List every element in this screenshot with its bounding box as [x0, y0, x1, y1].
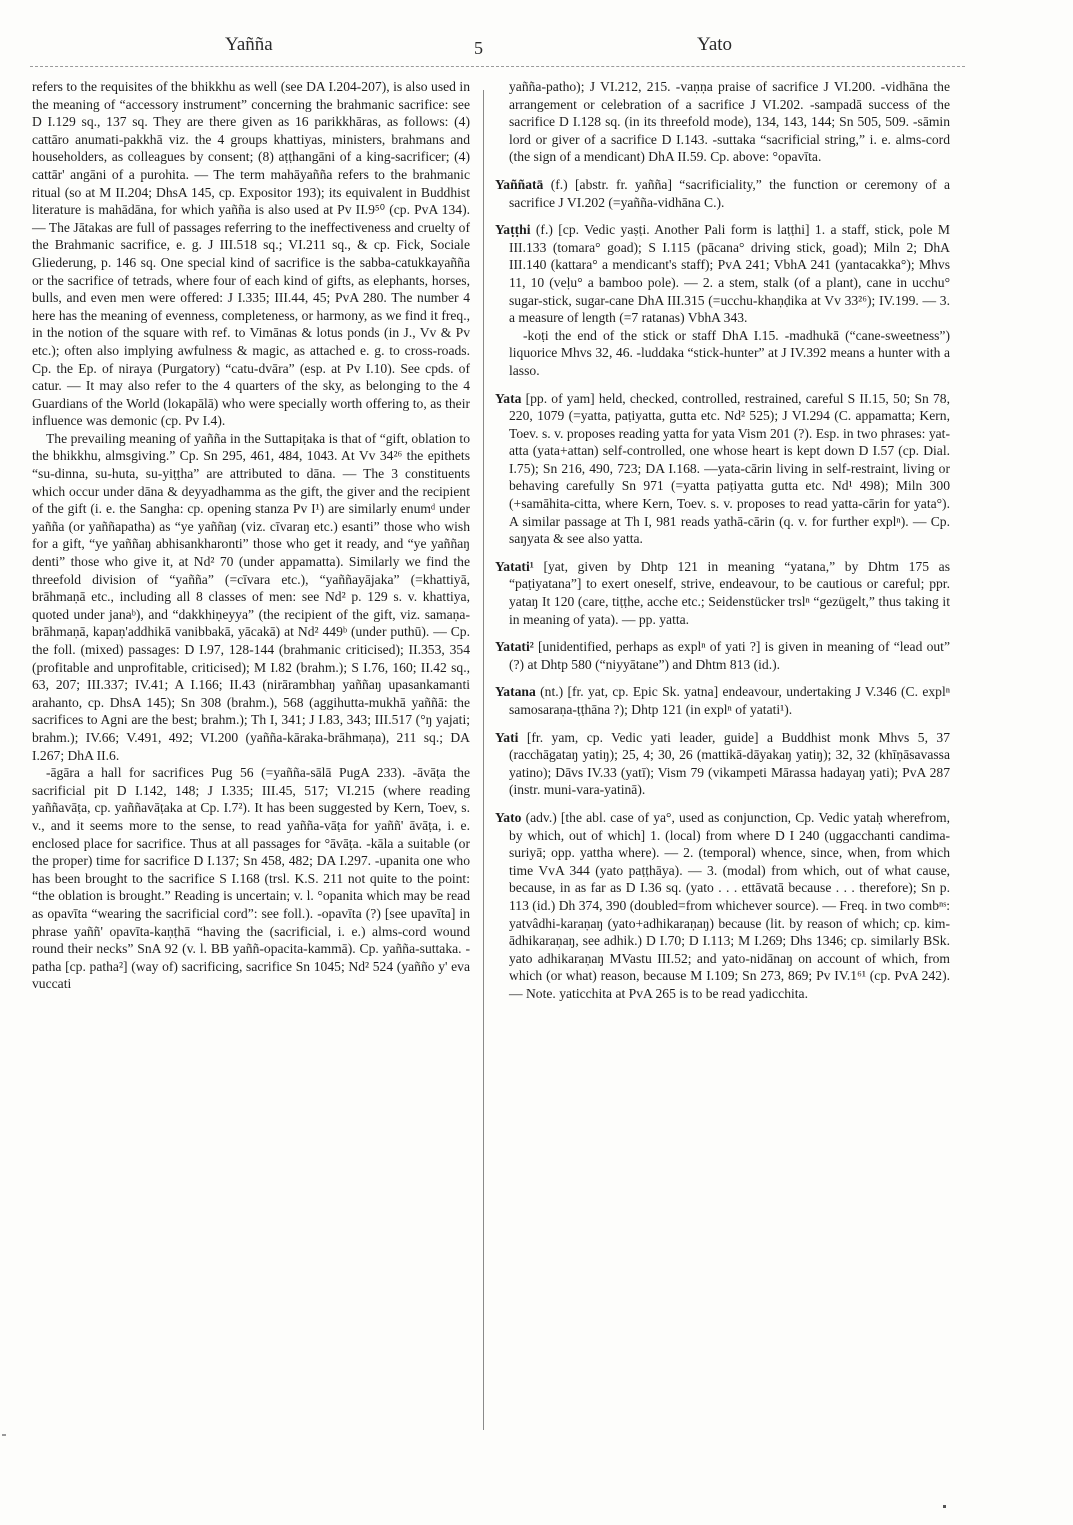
page-header: Yañña 5 Yato — [30, 30, 990, 70]
entry-yatthi-compounds: -koṭi the end of the stick or staff DhA … — [495, 327, 950, 380]
entry-body: [fr. yam, cp. Vedic yati leader, guide] … — [509, 730, 950, 798]
entry-body: (nt.) [fr. yat, cp. Epic Sk. yatna] ende… — [509, 684, 950, 717]
entry-yannata: Yaññatā (f.) [abstr. fr. yañña] “sacrifi… — [495, 176, 950, 211]
entry-yati: Yati [fr. yam, cp. Vedic yati leader, gu… — [495, 729, 950, 799]
headword: Yaññatā — [495, 177, 543, 192]
scan-artifact-mark — [2, 1434, 6, 1436]
entry-yatati-1: Yatati¹ [yat, given by Dhtp 121 in meani… — [495, 558, 950, 628]
entry-body: (f.) [abstr. fr. yañña] “sacrificiality,… — [509, 177, 950, 210]
entry-body: [unidentified, perhaps as explⁿ of yati … — [509, 639, 950, 672]
headword: Yatati¹ — [495, 559, 534, 574]
page-number: 5 — [474, 38, 483, 59]
headword: Yaṭṭhi — [495, 222, 531, 237]
headword: Yatana — [495, 684, 536, 699]
entry-yatthi: Yaṭṭhi (f.) [cp. Vedic yaṣṭi. Another Pa… — [495, 221, 950, 327]
paragraph-yanna-compounds-continued: yañña-patho); J VI.212, 215. -vaṇṇa prai… — [495, 78, 950, 166]
entry-body: (f.) [cp. Vedic yaṣṭi. Another Pali form… — [509, 222, 950, 325]
entry-yato: Yato (adv.) [the abl. case of ya°, used … — [495, 809, 950, 1003]
entry-body: [yat, given by Dhtp 121 in meaning “yata… — [509, 559, 950, 627]
scan-artifact-dot — [943, 1505, 946, 1508]
paragraph-yanna-compounds: -āgāra a hall for sacrifices Pug 56 (=ya… — [32, 764, 470, 993]
headword: Yato — [495, 810, 521, 825]
paragraph-yanna-meaning: The prevailing meaning of yañña in the S… — [32, 430, 470, 764]
headword: Yatati² — [495, 639, 534, 654]
left-running-headword: Yañña — [225, 34, 273, 56]
entry-yata: Yata [pp. of yam] held, checked, control… — [495, 390, 950, 548]
header-rule — [30, 66, 965, 67]
headword: Yati — [495, 730, 518, 745]
entry-yatati-2: Yatati² [unidentified, perhaps as explⁿ … — [495, 638, 950, 673]
entry-body: [pp. of yam] held, checked, controlled, … — [509, 391, 950, 547]
headword: Yata — [495, 391, 521, 406]
left-column: refers to the requisites of the bhikkhu … — [32, 78, 470, 993]
paragraph-yanna-continuation: refers to the requisites of the bhikkhu … — [32, 78, 470, 430]
entry-body: (adv.) [the abl. case of ya°, used as co… — [509, 810, 950, 1001]
right-running-headword: Yato — [697, 34, 732, 56]
right-column: yañña-patho); J VI.212, 215. -vaṇṇa prai… — [495, 78, 950, 1003]
entry-yatana: Yatana (nt.) [fr. yat, cp. Epic Sk. yatn… — [495, 683, 950, 718]
column-divider — [483, 90, 484, 1430]
